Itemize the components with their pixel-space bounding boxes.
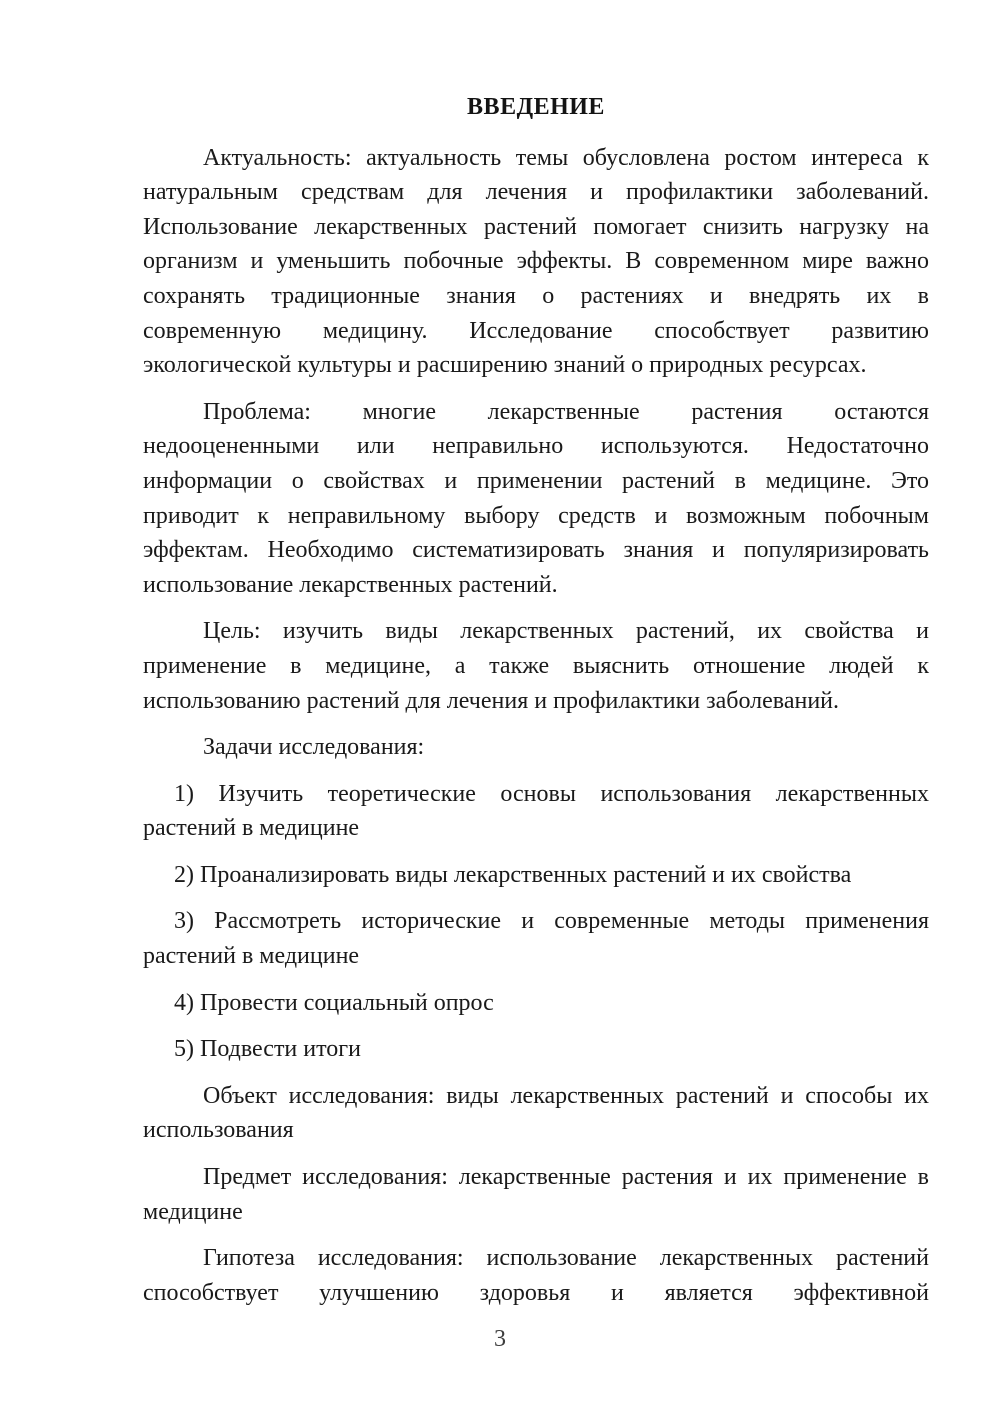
text-line: 5) Подвести итоги <box>143 1032 929 1067</box>
paragraph-subject: Предмет исследования: лекарственные раст… <box>143 1160 929 1229</box>
text-line: растений в медицине <box>143 939 929 974</box>
text-line: использованию растений для лечения и про… <box>143 684 929 719</box>
page-number: 3 <box>0 1324 1000 1354</box>
text-line: применение в медицине, а также выяснить … <box>143 649 929 684</box>
text-line: эффектам. Необходимо систематизировать з… <box>143 533 929 568</box>
text-line: использование лекарственных растений. <box>143 568 929 603</box>
text-line: 1) Изучить теоретические основы использо… <box>143 777 929 812</box>
text-line: Актуальность: актуальность темы обусловл… <box>143 141 929 176</box>
task-item-1: 1) Изучить теоретические основы использо… <box>143 777 929 846</box>
text-line: использования <box>143 1113 929 1148</box>
text-line: 2) Проанализировать виды лекарственных р… <box>143 858 929 893</box>
text-line: информации о свойствах и применении раст… <box>143 464 929 499</box>
text-line: Проблема: многие лекарственные растения … <box>143 395 929 430</box>
text-line: приводит к неправильному выбору средств … <box>143 499 929 534</box>
text-line: Объект исследования: виды лекарственных … <box>143 1079 929 1114</box>
text-line: Предмет исследования: лекарственные раст… <box>143 1160 929 1195</box>
text-line: современную медицину. Исследование спосо… <box>143 314 929 349</box>
text-line: сохранять традиционные знания о растения… <box>143 279 929 314</box>
page-title: ВВЕДЕНИЕ <box>143 90 929 125</box>
text-line: натуральным средствам для лечения и проф… <box>143 175 929 210</box>
paragraph-relevance: Актуальность: актуальность темы обусловл… <box>143 141 929 383</box>
text-line: Цель: изучить виды лекарственных растени… <box>143 614 929 649</box>
task-item-5: 5) Подвести итоги <box>143 1032 929 1067</box>
text-line: недооцененными или неправильно использую… <box>143 429 929 464</box>
text-line: Задачи исследования: <box>143 730 929 765</box>
text-line: Использование лекарственных растений пом… <box>143 210 929 245</box>
text-line: организм и уменьшить побочные эффекты. В… <box>143 244 929 279</box>
task-item-2: 2) Проанализировать виды лекарственных р… <box>143 858 929 893</box>
task-item-4: 4) Провести социальный опрос <box>143 986 929 1021</box>
paragraph-problem: Проблема: многие лекарственные растения … <box>143 395 929 603</box>
document-page: ВВЕДЕНИЕ Актуальность: актуальность темы… <box>0 0 1000 1414</box>
paragraph-goal: Цель: изучить виды лекарственных растени… <box>143 614 929 718</box>
paragraph-hypothesis: Гипотеза исследования: использование лек… <box>143 1241 929 1310</box>
text-line: 4) Провести социальный опрос <box>143 986 929 1021</box>
text-line: экологической культуры и расширению знан… <box>143 348 929 383</box>
tasks-label: Задачи исследования: <box>143 730 929 765</box>
text-line: Гипотеза исследования: использование лек… <box>143 1241 929 1276</box>
text-line: способствует улучшению здоровья и являет… <box>143 1276 929 1311</box>
text-line: медицине <box>143 1195 929 1230</box>
text-line: растений в медицине <box>143 811 929 846</box>
paragraph-object: Объект исследования: виды лекарственных … <box>143 1079 929 1148</box>
task-item-3: 3) Рассмотреть исторические и современны… <box>143 904 929 973</box>
page-content: ВВЕДЕНИЕ Актуальность: актуальность темы… <box>143 90 929 1310</box>
text-line: 3) Рассмотреть исторические и современны… <box>143 904 929 939</box>
